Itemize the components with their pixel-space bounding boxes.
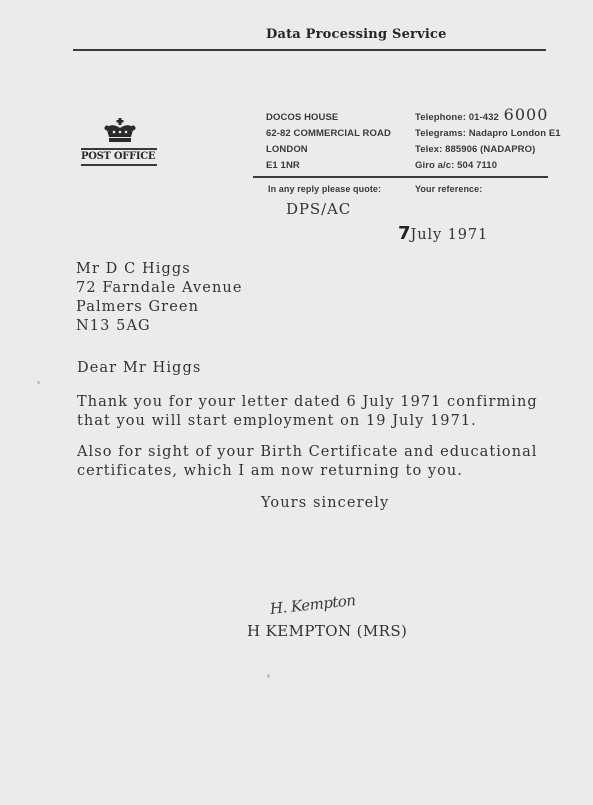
body-line: Thank you for your letter dated 6 July 1… (77, 393, 538, 412)
recipient-street: 72 Farndale Avenue (76, 279, 243, 298)
reference-rule (253, 176, 548, 178)
your-reference-label: Your reference: (415, 181, 482, 197)
telex-line: Telex: 885906 (NADAPRO) (415, 142, 561, 158)
recipient-postcode: N13 5AG (76, 317, 243, 336)
telephone-prefix: 01-432 (469, 112, 499, 123)
giro-line: Giro a/c: 504 7110 (415, 158, 561, 174)
body-line: that you will start employment on 19 Jul… (77, 412, 538, 431)
address-line: DOCOS HOUSE (266, 110, 391, 126)
date-day-handwritten: 7 (398, 223, 411, 244)
paper-speck (37, 381, 40, 384)
body-line: Also for sight of your Birth Certificate… (77, 443, 537, 462)
date-month-year: July 1971 (411, 227, 489, 243)
closing: Yours sincerely (261, 494, 389, 513)
telephone-extension: 6000 (504, 105, 549, 124)
body-paragraph-1: Thank you for your letter dated 6 July 1… (77, 393, 538, 431)
telegrams-line: Telegrams: Nadapro London E1 (415, 126, 561, 142)
recipient-address: Mr D C Higgs 72 Farndale Avenue Palmers … (76, 260, 243, 336)
body-line: certificates, which I am now returning t… (77, 462, 537, 481)
recipient-name: Mr D C Higgs (76, 260, 243, 279)
telephone-line: Telephone: 01-432 6000 (415, 110, 561, 126)
handwritten-signature: H. Kempton (269, 591, 356, 618)
post-office-label: POST OFFICE (81, 151, 155, 162)
recipient-district: Palmers Green (76, 298, 243, 317)
logo-rule-bottom (81, 164, 157, 166)
crown-icon (103, 118, 137, 146)
signatory-name: H KEMPTON (MRS) (247, 622, 407, 641)
telephone-label: Telephone: (415, 112, 466, 123)
reply-quote-label: In any reply please quote: (268, 181, 381, 197)
department-title: Data Processing Service (266, 27, 447, 42)
address-line: LONDON (266, 142, 391, 158)
salutation: Dear Mr Higgs (77, 359, 201, 378)
header-rule (73, 49, 546, 51)
letter-date: 7July 1971 (398, 224, 488, 245)
paper-speck (267, 674, 270, 678)
address-line: 62-82 COMMERCIAL ROAD (266, 126, 391, 142)
logo-rule-top (81, 148, 157, 150)
body-paragraph-2: Also for sight of your Birth Certificate… (77, 443, 537, 481)
reply-quote-value: DPS/AC (286, 200, 351, 219)
address-block: DOCOS HOUSE 62-82 COMMERCIAL ROAD LONDON… (266, 110, 391, 174)
contact-block: Telephone: 01-432 6000 Telegrams: Nadapr… (415, 110, 561, 174)
address-line: E1 1NR (266, 158, 391, 174)
